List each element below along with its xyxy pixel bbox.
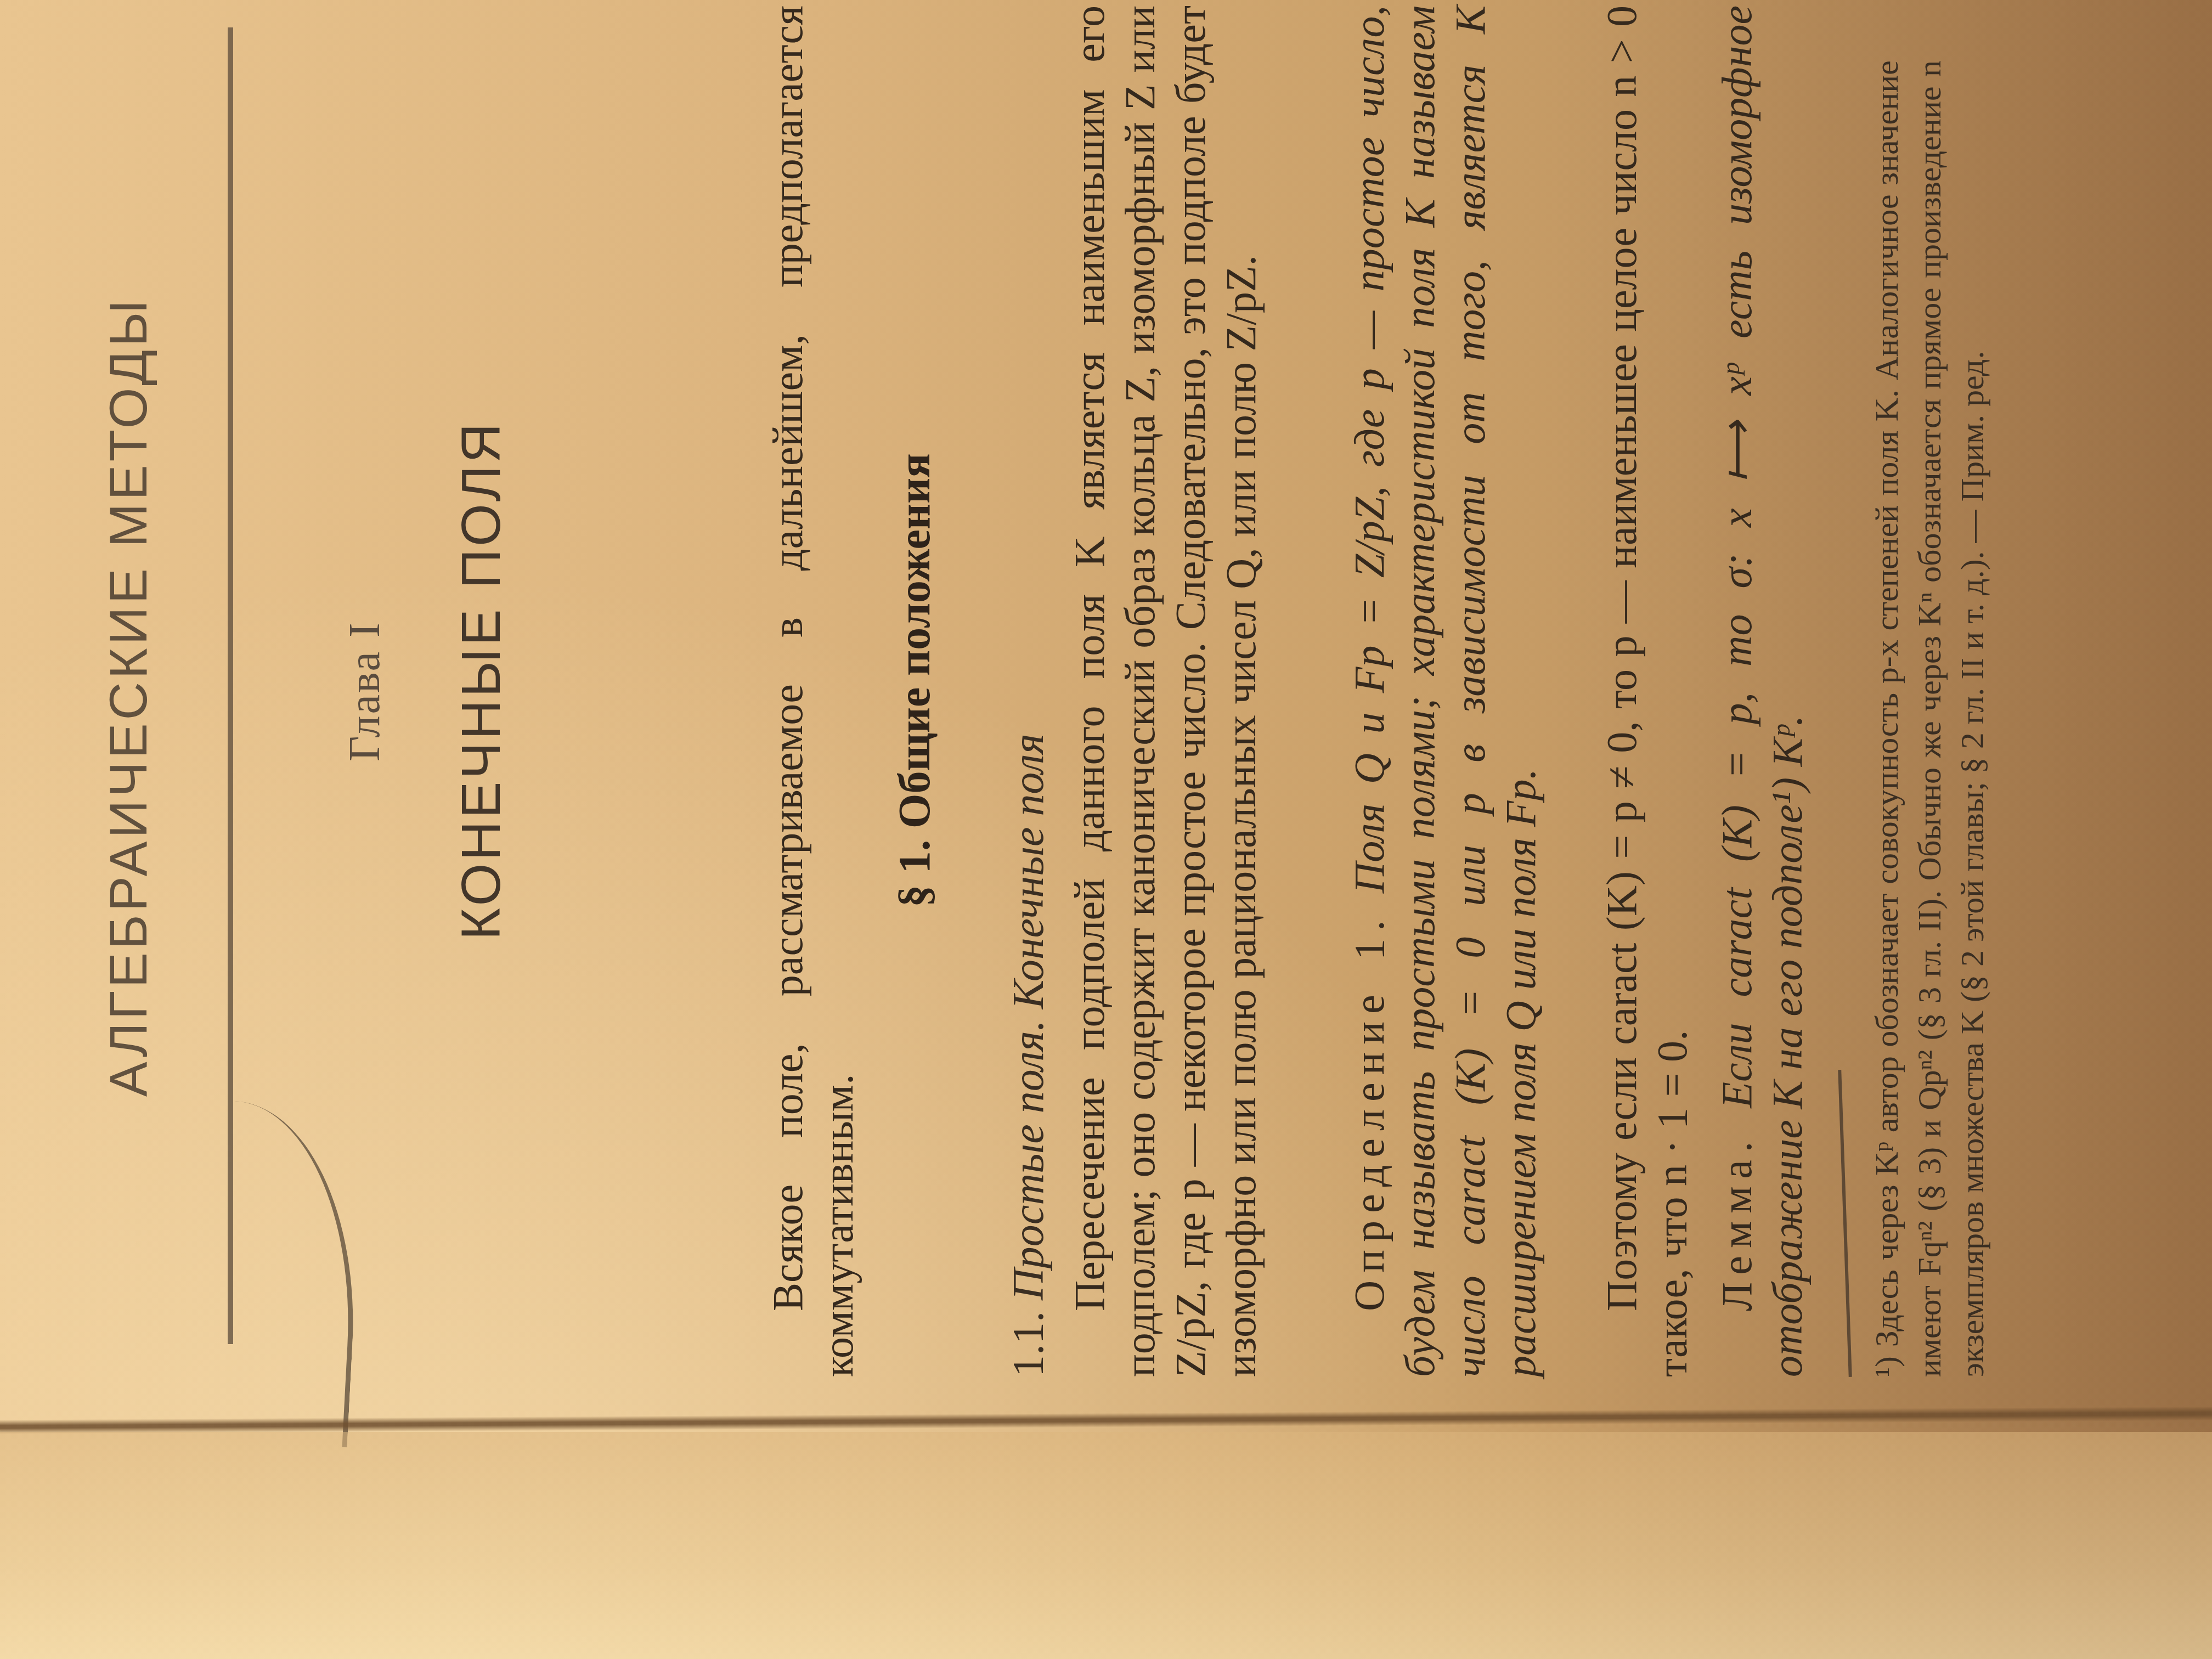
section-heading: § 1. Общие положения [889, 104, 940, 1256]
footnote-text: ¹) Здесь через Kᵖ автор обозначает совок… [1869, 60, 1990, 1377]
intro-paragraph: Всякое поле, рассматриваемое в дальнейше… [763, 5, 864, 1377]
subsection-number: 1.1. [1005, 1311, 1053, 1377]
paragraph-subfields-text: Пересечение подполей данного поля K явля… [1065, 5, 1265, 1377]
definition-block: Определение 1. Поля Q и Fp = Z/pZ, где p… [1344, 5, 1546, 1377]
book-page: АЛГЕБРАИЧЕСКИЕ МЕТОДЫ Глава I КОНЕЧНЫЕ П… [33, 0, 2172, 1421]
subsection-title: Простые поля. Конечные поля [1005, 733, 1053, 1300]
lemma-label: Лемма. [1713, 1134, 1760, 1311]
lemma-block: Лемма. Если caract (K) = p, то σ: x ⟼ xᵖ… [1712, 5, 1813, 1377]
definition-label: Определение 1. [1345, 913, 1393, 1311]
running-head: АЛГЕБРАИЧЕСКИЕ МЕТОДЫ [99, 22, 159, 1372]
adjacent-page-edge [0, 1432, 2212, 1659]
intro-text: Всякое поле, рассматриваемое в дальнейше… [764, 5, 862, 1377]
curved-rule [161, 1098, 365, 1448]
subsection-heading: 1.1. Простые поля. Конечные поля [1004, 60, 1054, 1377]
paragraph-characteristic-text: Поэтому если caract (K) = p ≠ 0, то p — … [1598, 5, 1696, 1377]
chapter-number: Глава I [340, 362, 390, 1020]
footnote-rule [1838, 1070, 1852, 1377]
footnote: ¹) Здесь через Kᵖ автор обозначает совок… [1865, 60, 1994, 1377]
paragraph-characteristic: Поэтому если caract (K) = p ≠ 0, то p — … [1596, 5, 1697, 1377]
paragraph-subfields: Пересечение подполей данного поля K явля… [1064, 5, 1266, 1377]
chapter-title: КОНЕЧНЫЕ ПОЛЯ [450, 241, 513, 1119]
